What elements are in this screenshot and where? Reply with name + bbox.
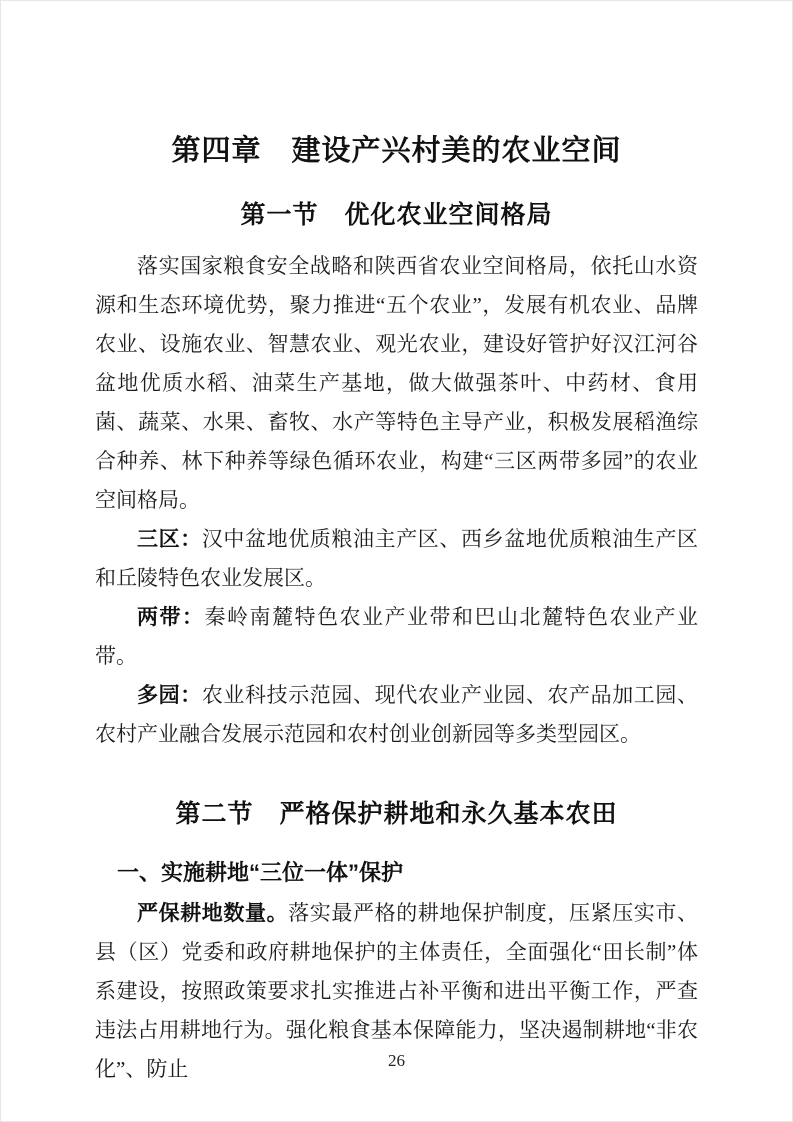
paragraph-lead-label: 严保耕地数量。 xyxy=(137,901,288,925)
page-content: 第四章 建设产兴村美的农业空间 第一节 优化农业空间格局 落实国家粮食安全战略和… xyxy=(1,134,792,1089)
list-item-two-belts: 两带：秦岭南麓特色农业产业带和巴山北麓特色农业产业带。 xyxy=(95,598,698,676)
list-item-label: 多园： xyxy=(137,683,202,707)
list-item-multi-parks: 多园：农业科技示范园、现代农业产业园、农产品加工园、农村产业融合发展示范园和农村… xyxy=(95,676,698,754)
list-item-three-zones: 三区：汉中盆地优质粮油主产区、西乡盆地优质粮油生产区和丘陵特色农业发展区。 xyxy=(95,520,698,598)
page-number: 26 xyxy=(1,1051,792,1071)
list-item-label: 两带： xyxy=(137,605,205,629)
subsection-1-title: 一、实施耕地“三位一体”保护 xyxy=(95,858,698,888)
section-1-body: 落实国家粮食安全战略和陕西省农业空间格局，依托山水资源和生态环境优势，聚力推进“… xyxy=(95,247,698,754)
section-1-paragraph: 落实国家粮食安全战略和陕西省农业空间格局，依托山水资源和生态环境优势，聚力推进“… xyxy=(95,247,698,520)
chapter-title: 第四章 建设产兴村美的农业空间 xyxy=(95,134,698,168)
section-1-title: 第一节 优化农业空间格局 xyxy=(95,201,698,231)
section-2-title: 第二节 严格保护耕地和永久基本农田 xyxy=(95,800,698,830)
document-page: 第四章 建设产兴村美的农业空间 第一节 优化农业空间格局 落实国家粮食安全战略和… xyxy=(0,0,793,1122)
list-item-label: 三区： xyxy=(137,527,202,551)
